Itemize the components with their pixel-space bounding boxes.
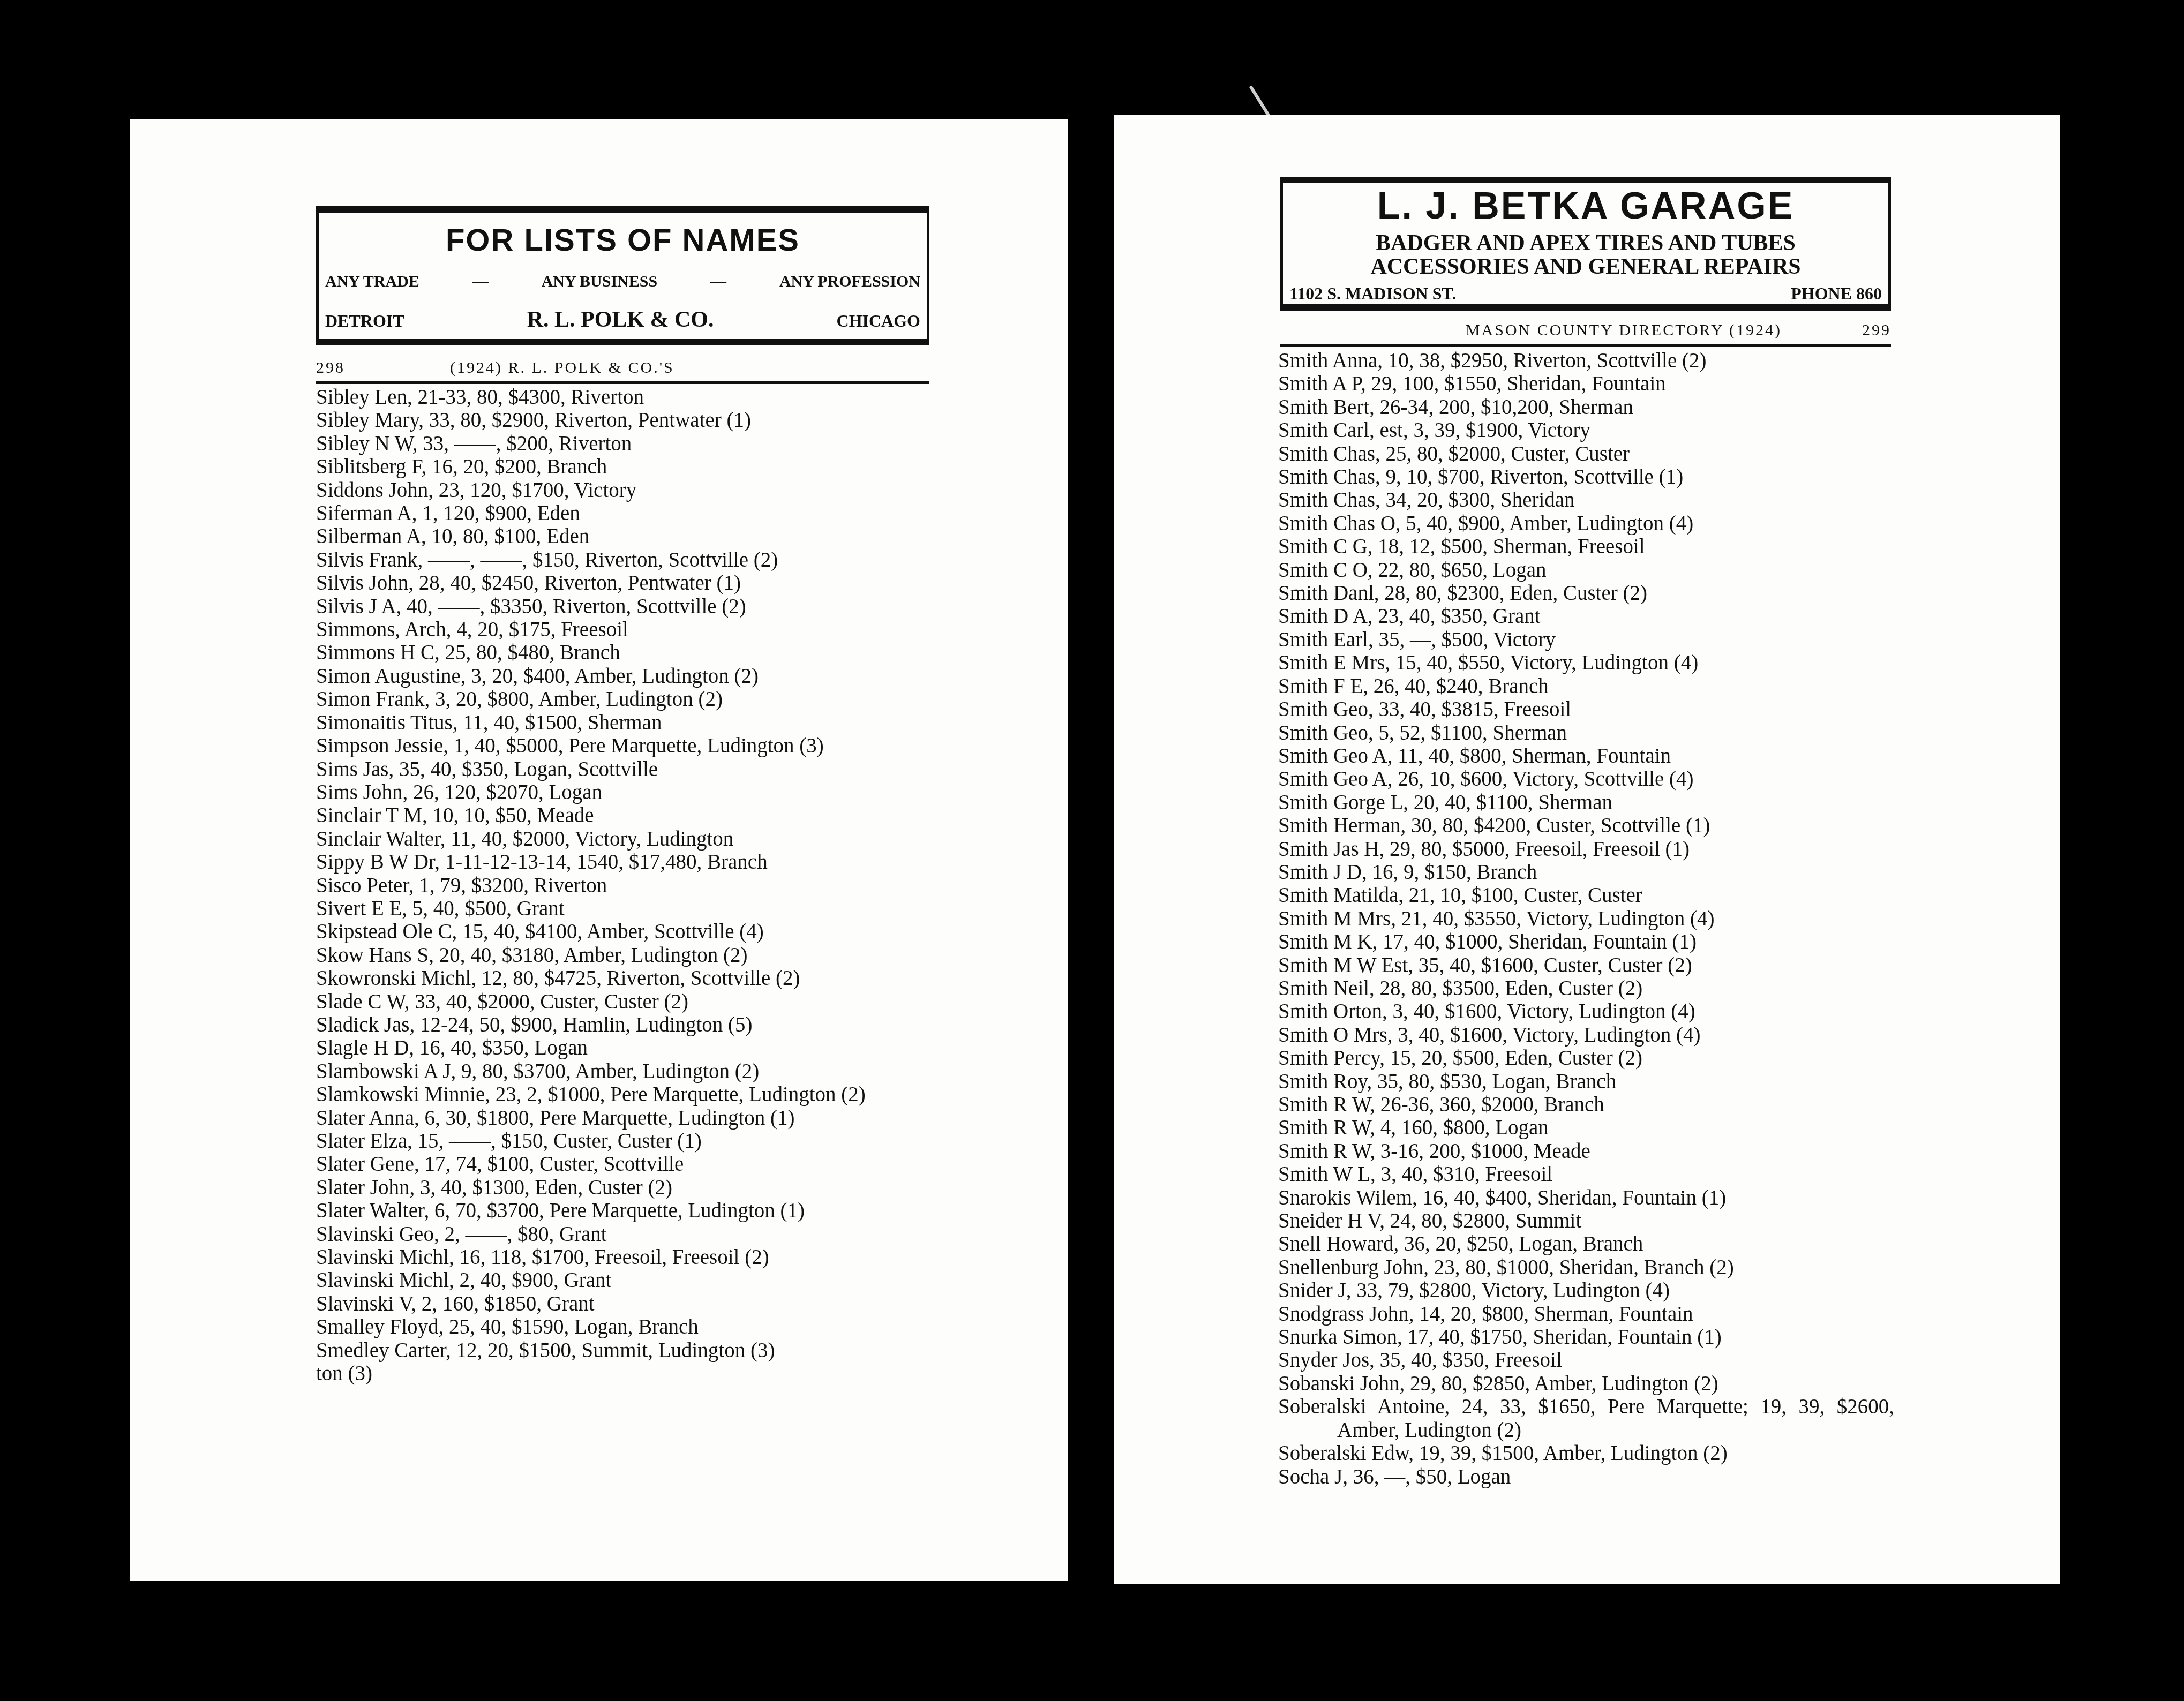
directory-entry: Smedley Carter, 12, 20, $1500, Summit, L…: [316, 1339, 929, 1362]
ad-company: R. L. POLK & CO.: [527, 307, 714, 333]
directory-entry: Simon Augustine, 3, 20, $400, Amber, Lud…: [316, 665, 929, 688]
directory-entry: Smith E Mrs, 15, 40, $550, Victory, Ludi…: [1278, 651, 1894, 674]
directory-entry: Smith C G, 18, 12, $500, Sherman, Freeso…: [1278, 535, 1894, 558]
directory-entry: Smith F E, 26, 40, $240, Branch: [1278, 675, 1894, 698]
directory-entry: Silvis Frank, ——, ——, $150, Riverton, Sc…: [316, 548, 929, 571]
directory-entry: Skowronski Michl, 12, 80, $4725, Riverto…: [316, 967, 929, 990]
ad-headline: L. J. BETKA GARAGE: [1283, 184, 1888, 227]
directory-entry: Slamkowski Minnie, 23, 2, $1000, Pere Ma…: [316, 1083, 929, 1106]
directory-entry: Smith Bert, 26-34, 200, $10,200, Sherman: [1278, 396, 1894, 419]
directory-entry: Skow Hans S, 20, 40, $3180, Amber, Ludin…: [316, 944, 929, 967]
directory-entry: Silvis John, 28, 40, $2450, Riverton, Pe…: [316, 571, 929, 594]
page-298: FOR LISTS OF NAMES ANY TRADE — ANY BUSIN…: [130, 119, 1068, 1581]
directory-entry: Smith A P, 29, 100, $1550, Sheridan, Fou…: [1278, 372, 1894, 395]
directory-entry: Smith M Mrs, 21, 40, $3550, Victory, Lud…: [1278, 907, 1894, 930]
polk-advertisement: FOR LISTS OF NAMES ANY TRADE — ANY BUSIN…: [316, 206, 929, 345]
directory-entry: Smith R W, 4, 160, $800, Logan: [1278, 1116, 1894, 1139]
directory-entry: Smith R W, 3-16, 200, $1000, Meade: [1278, 1140, 1894, 1163]
directory-entry: Slavinski Michl, 2, 40, $900, Grant: [316, 1269, 929, 1292]
directory-entries: Sibley Len, 21-33, 80, $4300, RivertonSi…: [316, 386, 929, 1385]
directory-entry: Smith C O, 22, 80, $650, Logan: [1278, 559, 1894, 582]
directory-entry: Smith Earl, 35, —, $500, Victory: [1278, 628, 1894, 651]
directory-entry: Slater Elza, 15, ——, $150, Custer, Custe…: [316, 1130, 929, 1153]
directory-entry: Soberalski Edw, 19, 39, $1500, Amber, Lu…: [1278, 1442, 1894, 1465]
directory-entry: Smith W L, 3, 40, $310, Freesoil: [1278, 1163, 1894, 1186]
directory-entry: Smith Geo A, 26, 10, $600, Victory, Scot…: [1278, 767, 1894, 791]
directory-entry: Smith Chas, 9, 10, $700, Riverton, Scott…: [1278, 465, 1894, 488]
directory-entry: Smith Percy, 15, 20, $500, Eden, Custer …: [1278, 1047, 1894, 1070]
directory-entry: Slagle H D, 16, 40, $350, Logan: [316, 1036, 929, 1059]
directory-entry: Smith M W Est, 35, 40, $1600, Custer, Cu…: [1278, 954, 1894, 977]
directory-entry: Smith Geo, 33, 40, $3815, Freesoil: [1278, 698, 1894, 721]
directory-entry: Smith Matilda, 21, 10, $100, Custer, Cus…: [1278, 884, 1894, 907]
page-299: L. J. BETKA GARAGE BADGER AND APEX TIRES…: [1114, 115, 2060, 1584]
page-number: 299: [1862, 321, 1891, 340]
ad-phone: PHONE 860: [1791, 284, 1882, 304]
directory-entry: Smith Neil, 28, 80, $3500, Eden, Custer …: [1278, 977, 1894, 1000]
directory-entry: Sibley Mary, 33, 80, $2900, Riverton, Pe…: [316, 409, 929, 432]
directory-entry: Snarokis Wilem, 16, 40, $400, Sheridan, …: [1278, 1186, 1894, 1209]
directory-entry: Snyder Jos, 35, 40, $350, Freesoil: [1278, 1349, 1894, 1372]
page-number: 298: [316, 359, 450, 377]
running-head: 298 (1924) R. L. POLK & CO.'S: [316, 359, 929, 384]
directory-entry: Slade C W, 33, 40, $2000, Custer, Custer…: [316, 990, 929, 1013]
directory-entry: Sippy B W Dr, 1-11-12-13-14, 1540, $17,4…: [316, 850, 929, 874]
directory-entry: Snurka Simon, 17, 40, $1750, Sheridan, F…: [1278, 1326, 1894, 1349]
directory-entry: Smith D A, 23, 40, $350, Grant: [1278, 605, 1894, 628]
directory-entry: Smith Carl, est, 3, 39, $1900, Victory: [1278, 419, 1894, 442]
directory-entry: Smith R W, 26-36, 360, $2000, Branch: [1278, 1093, 1894, 1116]
directory-entry: Skipstead Ole C, 15, 40, $4100, Amber, S…: [316, 920, 929, 943]
directory-entry: Smith O Mrs, 3, 40, $1600, Victory, Ludi…: [1278, 1023, 1894, 1047]
directory-entry: Smith Roy, 35, 80, $530, Logan, Branch: [1278, 1070, 1894, 1093]
directory-entry: Smith Orton, 3, 40, $1600, Victory, Ludi…: [1278, 1000, 1894, 1023]
directory-entry: Smith Chas, 25, 80, $2000, Custer, Custe…: [1278, 442, 1894, 465]
ad-tagline-trade: ANY TRADE: [325, 273, 419, 291]
directory-entry: Smith Herman, 30, 80, $4200, Custer, Sco…: [1278, 814, 1894, 837]
directory-entry: Snell Howard, 36, 20, $250, Logan, Branc…: [1278, 1232, 1894, 1255]
ad-city-chicago: CHICAGO: [837, 311, 920, 331]
directory-entry: Sneider H V, 24, 80, $2800, Summit: [1278, 1209, 1894, 1232]
ad-tagline-dash: —: [710, 273, 726, 291]
ad-address: 1102 S. MADISON ST.: [1289, 284, 1456, 304]
directory-entry: Smith M K, 17, 40, $1000, Sheridan, Foun…: [1278, 930, 1894, 953]
directory-entry: Slavinski Geo, 2, ——, $80, Grant: [316, 1223, 929, 1246]
directory-entry: Sisco Peter, 1, 79, $3200, Riverton: [316, 874, 929, 897]
ad-footer: 1102 S. MADISON ST. PHONE 860: [1289, 284, 1882, 304]
directory-entry: Smalley Floyd, 25, 40, $1590, Logan, Bra…: [316, 1315, 929, 1338]
directory-entry: Slater John, 3, 40, $1300, Eden, Custer …: [316, 1176, 929, 1199]
directory-entry: Smith Chas O, 5, 40, $900, Amber, Luding…: [1278, 512, 1894, 535]
directory-entry: Simmons, Arch, 4, 20, $175, Freesoil: [316, 618, 929, 641]
directory-entry: Slavinski V, 2, 160, $1850, Grant: [316, 1292, 929, 1315]
ad-tagline-dash: —: [472, 273, 489, 291]
ad-footer: DETROIT R. L. POLK & CO. CHICAGO: [325, 307, 920, 333]
ad-tagline: ANY TRADE — ANY BUSINESS — ANY PROFESSIO…: [325, 273, 920, 291]
directory-entry: ton (3): [316, 1362, 929, 1385]
directory-entry: Simpson Jessie, 1, 40, $5000, Pere Marqu…: [316, 734, 929, 757]
directory-entry: Siddons John, 23, 120, $1700, Victory: [316, 479, 929, 502]
directory-entry: Smith Gorge L, 20, 40, $1100, Sherman: [1278, 791, 1894, 814]
directory-entry: Socha J, 36, —, $50, Logan: [1278, 1465, 1894, 1488]
ad-line-tires: BADGER AND APEX TIRES AND TUBES: [1283, 230, 1888, 256]
ad-tagline-profession: ANY PROFESSION: [779, 273, 920, 291]
directory-entries: Smith Anna, 10, 38, $2950, Riverton, Sco…: [1278, 349, 1894, 1488]
directory-entry: Silberman A, 10, 80, $100, Eden: [316, 525, 929, 548]
directory-entry: Soberalski Antoine, 24, 33, $1650, Pere …: [1278, 1395, 1894, 1442]
directory-entry: Snider J, 33, 79, $2800, Victory, Luding…: [1278, 1279, 1894, 1302]
directory-entry: Sims John, 26, 120, $2070, Logan: [316, 781, 929, 804]
directory-entry: Smith Chas, 34, 20, $300, Sheridan: [1278, 488, 1894, 511]
directory-entry: Siblitsberg F, 16, 20, $200, Branch: [316, 455, 929, 478]
ad-line-repairs: ACCESSORIES AND GENERAL REPAIRS: [1283, 254, 1888, 280]
directory-entry: Sims Jas, 35, 40, $350, Logan, Scottvill…: [316, 758, 929, 781]
directory-entry: Simon Frank, 3, 20, $800, Amber, Ludingt…: [316, 688, 929, 711]
directory-entry: Sobanski John, 29, 80, $2850, Amber, Lud…: [1278, 1372, 1894, 1395]
directory-entry: Snodgrass John, 14, 20, $800, Sherman, F…: [1278, 1303, 1894, 1326]
directory-entry: Simonaitis Titus, 11, 40, $1500, Sherman: [316, 711, 929, 734]
running-head-title: (1924) R. L. POLK & CO.'S: [450, 359, 674, 377]
directory-entry: Smith J D, 16, 9, $150, Branch: [1278, 861, 1894, 884]
directory-entry: Slambowski A J, 9, 80, $3700, Amber, Lud…: [316, 1060, 929, 1083]
directory-entry: Slater Walter, 6, 70, $3700, Pere Marque…: [316, 1199, 929, 1222]
ad-headline: FOR LISTS OF NAMES: [319, 222, 927, 258]
directory-entry: Sladick Jas, 12-24, 50, $900, Hamlin, Lu…: [316, 1013, 929, 1036]
directory-entry: Sinclair T M, 10, 10, $50, Meade: [316, 804, 929, 827]
directory-entry: Simmons H C, 25, 80, $480, Branch: [316, 641, 929, 664]
running-head-title: MASON COUNTY DIRECTORY (1924): [1466, 321, 1782, 340]
running-head: MASON COUNTY DIRECTORY (1924) 299: [1280, 321, 1891, 347]
ad-tagline-business: ANY BUSINESS: [542, 273, 657, 291]
directory-entry: Smith Danl, 28, 80, $2300, Eden, Custer …: [1278, 582, 1894, 605]
directory-entry: Sivert E E, 5, 40, $500, Grant: [316, 897, 929, 920]
directory-entry: Smith Anna, 10, 38, $2950, Riverton, Sco…: [1278, 349, 1894, 372]
directory-entry: Slater Gene, 17, 74, $100, Custer, Scott…: [316, 1153, 929, 1176]
ad-city-detroit: DETROIT: [325, 311, 404, 331]
directory-entry: Smith Geo, 5, 52, $1100, Sherman: [1278, 721, 1894, 744]
directory-entry: Slavinski Michl, 16, 118, $1700, Freesoi…: [316, 1246, 929, 1269]
directory-entry: Smith Geo A, 11, 40, $800, Sherman, Foun…: [1278, 744, 1894, 767]
directory-entry: Snellenburg John, 23, 80, $1000, Sherida…: [1278, 1256, 1894, 1279]
directory-entry: Slater Anna, 6, 30, $1800, Pere Marquett…: [316, 1107, 929, 1130]
directory-entry: Sibley N W, 33, ——, $200, Riverton: [316, 432, 929, 455]
betka-garage-advertisement: L. J. BETKA GARAGE BADGER AND APEX TIRES…: [1280, 177, 1891, 311]
directory-entry: Sinclair Walter, 11, 40, $2000, Victory,…: [316, 827, 929, 850]
film-scratch-mark: [1249, 85, 1271, 119]
directory-entry: Smith Jas H, 29, 80, $5000, Freesoil, Fr…: [1278, 838, 1894, 861]
directory-entry: Sibley Len, 21-33, 80, $4300, Riverton: [316, 386, 929, 409]
directory-entry: Silvis J A, 40, ——, $3350, Riverton, Sco…: [316, 595, 929, 618]
directory-entry: Siferman A, 1, 120, $900, Eden: [316, 502, 929, 525]
